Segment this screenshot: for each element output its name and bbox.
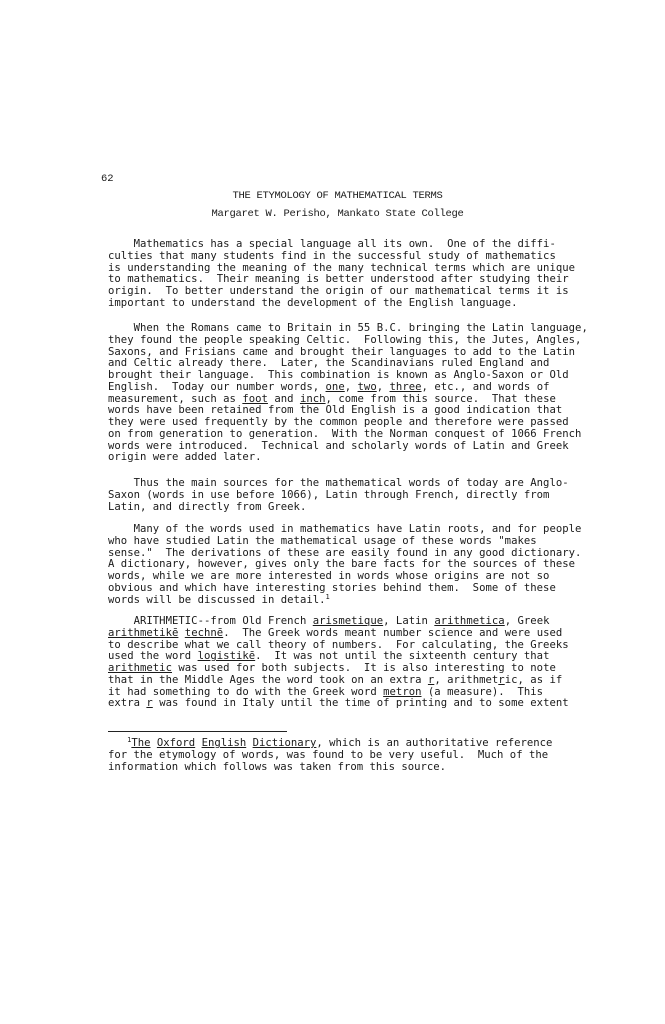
paragraph-sources: Thus the main sources for the mathematic… (108, 478, 588, 513)
paragraph-latin-roots: Many of the words used in mathematics ha… (108, 524, 588, 606)
underlined-term: r (146, 697, 152, 709)
paragraph-arithmetic: ARITHMETIC--from Old French arismetique,… (108, 616, 588, 710)
underlined-term: Oxford (157, 737, 195, 749)
underlined-term: arithmetica (434, 615, 504, 627)
underlined-term: r (428, 674, 434, 686)
underlined-term: metron (383, 686, 421, 698)
underlined-term: arismetique (313, 615, 383, 627)
page-number: 62 (101, 173, 114, 185)
underlined-term: English (202, 737, 247, 749)
paragraph-history: When the Romans came to Britain in 55 B.… (108, 323, 588, 464)
underlined-term: one (326, 381, 345, 393)
underlined-term: inch (300, 393, 326, 405)
underlined-term: The (131, 737, 150, 749)
underlined-term: arithmetic (108, 662, 172, 674)
author-line: Margaret W. Perisho, Mankato State Colle… (0, 208, 665, 220)
underlined-term: Dictionary (253, 737, 317, 749)
footnote: 1The Oxford English Dictionary, which is… (108, 737, 552, 773)
document-page: 62 THE ETYMOLOGY OF MATHEMATICAL TERMS M… (0, 0, 665, 1024)
footnote-marker: 1 (326, 593, 330, 601)
underlined-term: three (390, 381, 422, 393)
article-title: THE ETYMOLOGY OF MATHEMATICAL TERMS (0, 190, 665, 202)
paragraph-intro: Mathematics has a special language all i… (108, 239, 588, 310)
underlined-term: logistikē (198, 650, 256, 662)
underlined-term: foot (242, 393, 268, 405)
underlined-term: arithmetikē (108, 627, 178, 639)
footnote-divider (108, 731, 287, 732)
underlined-term: two (358, 381, 377, 393)
underlined-term: r (498, 674, 504, 686)
underlined-term: technē (185, 627, 223, 639)
